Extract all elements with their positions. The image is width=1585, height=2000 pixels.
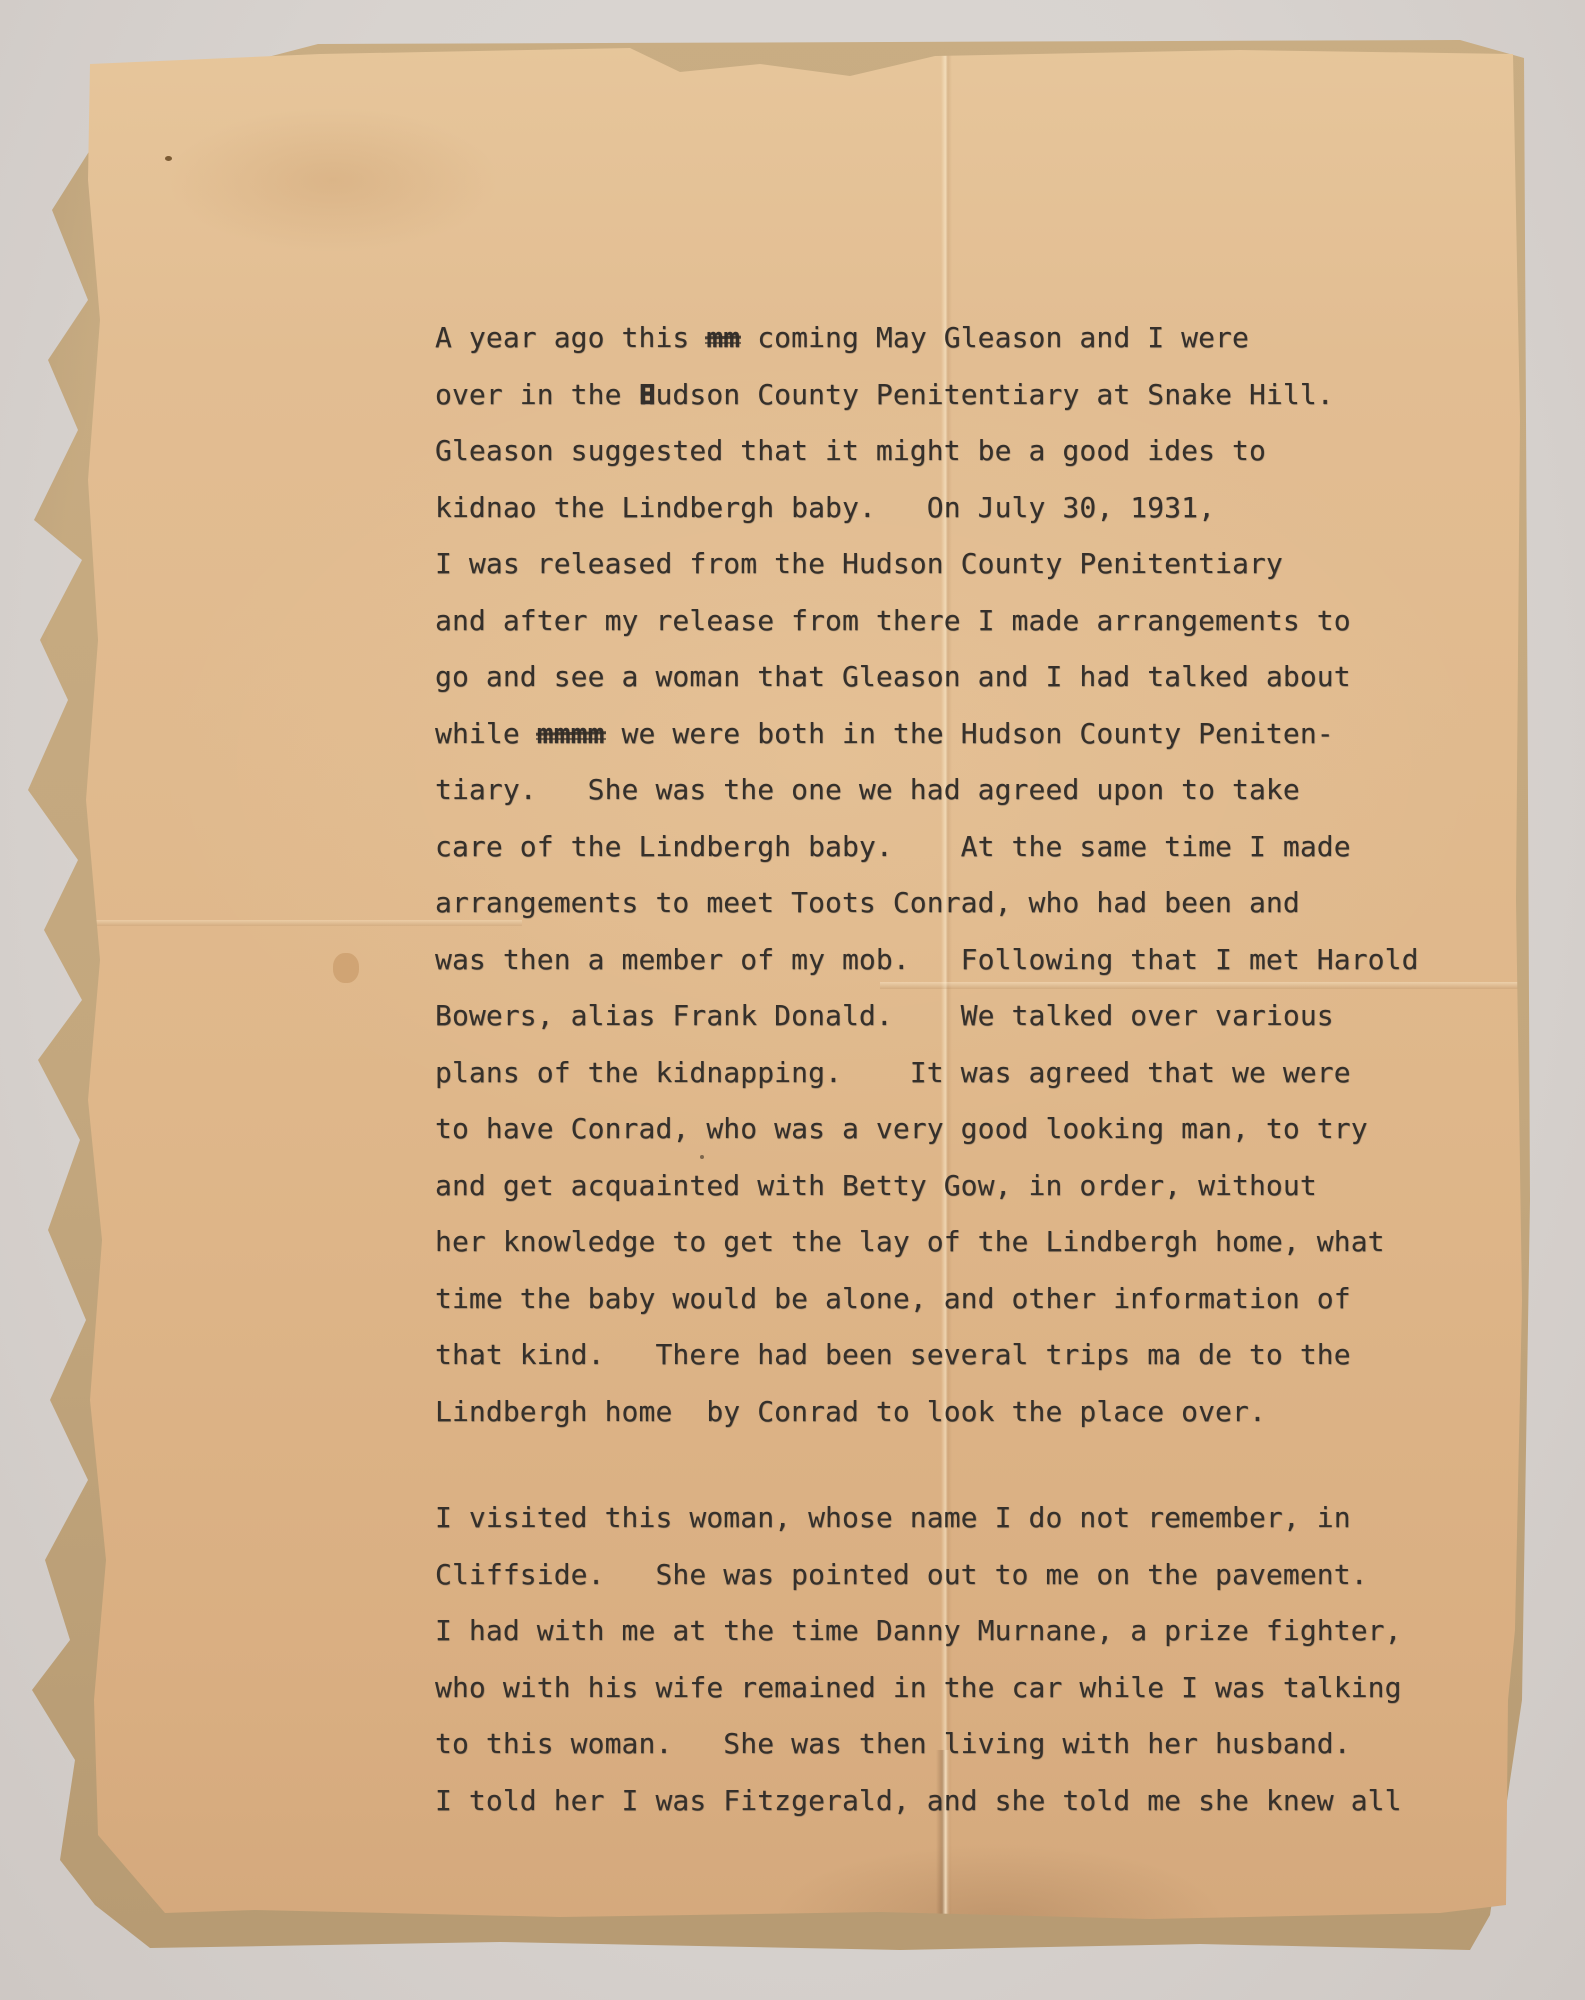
typed-line: I visited this woman, whose name I do no… xyxy=(435,1490,1445,1547)
typed-line: I told her I was Fitzgerald, and she tol… xyxy=(435,1773,1445,1830)
typed-line: plans of the kidnapping. It was agreed t… xyxy=(435,1045,1445,1102)
typed-line: A year ago this mm coming May Gleason an… xyxy=(435,310,1445,367)
typed-line: and get acquainted with Betty Gow, in or… xyxy=(435,1158,1445,1215)
photo-background: A year ago this mm coming May Gleason an… xyxy=(0,0,1585,2000)
typed-line: Bowers, alias Frank Donald. We talked ov… xyxy=(435,988,1445,1045)
typed-line: to this woman. She was then living with … xyxy=(435,1716,1445,1773)
strikeout-text: mmmm xyxy=(537,717,605,750)
typed-line: I was released from the Hudson County Pe… xyxy=(435,536,1445,593)
strikeout-text: mm xyxy=(706,321,740,354)
paper-sheet-top: A year ago this mm coming May Gleason an… xyxy=(0,0,1585,2000)
paper-speck xyxy=(165,156,172,161)
typed-line: tiary. She was the one we had agreed upo… xyxy=(435,762,1445,819)
typed-line: that kind. There had been several trips … xyxy=(435,1327,1445,1384)
typed-line: to have Conrad, who was a very good look… xyxy=(435,1101,1445,1158)
overtyped-text: EH xyxy=(639,367,656,424)
typed-line: go and see a woman that Gleason and I ha… xyxy=(435,649,1445,706)
typed-text-block: A year ago this mm coming May Gleason an… xyxy=(435,310,1445,1829)
typed-line: I had with me at the time Danny Murnane,… xyxy=(435,1603,1445,1660)
paper-stain xyxy=(333,953,359,983)
typed-line: Gleason suggested that it might be a goo… xyxy=(435,423,1445,480)
typed-line: care of the Lindbergh baby. At the same … xyxy=(435,819,1445,876)
paragraph: A year ago this mm coming May Gleason an… xyxy=(435,310,1445,1440)
typed-line: while mmmm we were both in the Hudson Co… xyxy=(435,706,1445,763)
typed-line: her knowledge to get the lay of the Lind… xyxy=(435,1214,1445,1271)
typed-line: was then a member of my mob. Following t… xyxy=(435,932,1445,989)
typed-line: kidnao the Lindbergh baby. On July 30, 1… xyxy=(435,480,1445,537)
typed-line: Lindbergh home by Conrad to look the pla… xyxy=(435,1384,1445,1441)
typed-line: and after my release from there I made a… xyxy=(435,593,1445,650)
paragraph: I visited this woman, whose name I do no… xyxy=(435,1490,1445,1829)
typed-line: Cliffside. She was pointed out to me on … xyxy=(435,1547,1445,1604)
typed-line: time the baby would be alone, and other … xyxy=(435,1271,1445,1328)
typed-line: arrangements to meet Toots Conrad, who h… xyxy=(435,875,1445,932)
typed-line: over in the EHudson County Penitentiary … xyxy=(435,367,1445,424)
typed-line: who with his wife remained in the car wh… xyxy=(435,1660,1445,1717)
